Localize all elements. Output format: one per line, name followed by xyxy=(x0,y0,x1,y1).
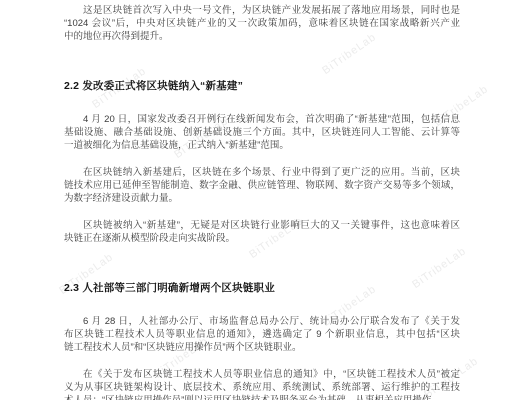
para-new-occupations: 6 月 28 日，人社部办公厅、市场监督总局办公厅、统计局办公厅联合发布了《关于… xyxy=(64,315,460,354)
text-line: 链技术应用已延伸至智能制造、数字金融、供应链管理、物联网、数字资产交易等多个领域… xyxy=(64,179,460,192)
text-line: 块链正在逐渐从模型阶段走向实战阶段。 xyxy=(64,232,460,245)
text-line: 链工程技术人员”和“区块链应用操作员”两个区块链职业。 xyxy=(64,341,460,354)
heading-2-3: 2.3 人社部等三部门明确新增两个区块链职业 xyxy=(64,281,460,295)
document-page[interactable]: BiTribeLabBiTribeLabBiTribeLabBiTribeLab… xyxy=(0,0,520,400)
text-line: 基础设施、融合基础设施、创新基础设施三个方面。其中，区块链连同人工智能、云计算等 xyxy=(64,126,460,139)
text-line: “1024 会议”后，中央对区块链产业的又一次政策加码，意味着区块链在国家战略新… xyxy=(64,17,460,30)
para-applications: 在区块链纳入新基建后，区块链在多个场景、行业中得到了更广泛的应用。当前，区块链技… xyxy=(64,166,460,205)
para-key-event: 区块链被纳入“新基建”，无疑是对区块链行业影响巨大的又一关键事件，这也意味着区块… xyxy=(64,219,460,245)
text-line: 义为从事区块链架构设计、底层技术、系统应用、系统测试、系统部署、运行维护的工程技 xyxy=(64,381,460,394)
heading-2-2: 2.2 发改委正式将区块链纳入“新基建” xyxy=(64,79,460,93)
text-line: 这是区块链首次写入中央一号文件，为区块链产业发展拓展了落地应用场景，同时也是 xyxy=(64,4,460,17)
text-line: 4 月 20 日，国家发改委召开例行在线新闻发布会，首次明确了“新基建”范围，包… xyxy=(64,113,460,126)
text-line: 为数字经济建设贡献力量。 xyxy=(64,192,460,205)
para-ndrc-announcement: 4 月 20 日，国家发改委召开例行在线新闻发布会，首次明确了“新基建”范围，包… xyxy=(64,113,460,152)
text-line: 在《关于发布区块链工程技术人员等职业信息的通知》中，“区块链工程技术人员”被定 xyxy=(64,368,460,381)
text-line: 中的地位再次得到提升。 xyxy=(64,30,460,43)
text-line: 术人员；“区块链应用操作员”则以运用区块链技术及服务平台为基础，从事相关应用操作… xyxy=(64,394,460,400)
text-line: 在区块链纳入新基建后，区块链在多个场景、行业中得到了更广泛的应用。当前，区块 xyxy=(64,166,460,179)
para-occupation-definition: 在《关于发布区块链工程技术人员等职业信息的通知》中，“区块链工程技术人员”被定义… xyxy=(64,368,460,400)
text-line: 布区块链工程技术人员等职业信息的通知》，遴选确定了 9 个新职业信息，其中包括“… xyxy=(64,328,460,341)
text-line: 6 月 28 日，人社部办公厅、市场监督总局办公厅、统计局办公厅联合发布了《关于… xyxy=(64,315,460,328)
text-line: 一道被细化为信息基础设施，正式纳入“新基建”范围。 xyxy=(64,139,460,152)
text-line: 区块链被纳入“新基建”，无疑是对区块链行业影响巨大的又一关键事件，这也意味着区 xyxy=(64,219,460,232)
para-intro: 这是区块链首次写入中央一号文件，为区块链产业发展拓展了落地应用场景，同时也是“1… xyxy=(64,4,460,43)
document-content: 这是区块链首次写入中央一号文件，为区块链产业发展拓展了落地应用场景，同时也是“1… xyxy=(0,0,518,400)
